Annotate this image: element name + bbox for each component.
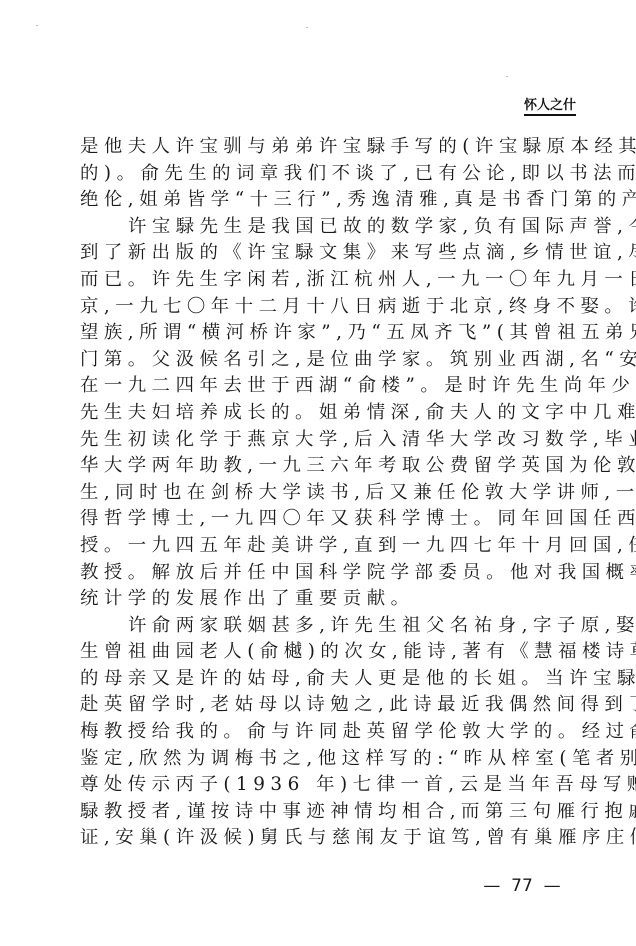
text-line: 而已。许先生字闲若,浙江杭州人,一九一〇年九月一日生于北 xyxy=(80,267,586,294)
scan-speck xyxy=(306,27,308,28)
text-line: 教授。解放后并任中国科学院学部委员。他对我国概率论和数理 xyxy=(80,560,586,587)
text-line: 鉴定,欣然为调梅书之,他这样写的:“昨从梓室(笔者别号)兄得读 xyxy=(80,746,586,773)
text-line: 尊处传示丙子(1936 年)七律一首,云是当年吾母写赠我表弟许宝 xyxy=(80,772,586,799)
scan-speck xyxy=(506,76,508,77)
body-text: 是他夫人许宝驯与弟弟许宝騄手写的(许宝騄原本经其姐重摹 的)。俞先生的词章我们不… xyxy=(80,134,586,852)
text-line: 騄教授者,谨按诗中事迹神情均相合,而第三句雁行抱戚尤为明 xyxy=(80,799,586,826)
text-line: 华大学两年助教,一九三六年考取公费留学英国为伦敦大学研究 xyxy=(80,453,586,480)
text-line: 的母亲又是许的姑母,俞夫人更是他的长姐。当许宝騄先生出国 xyxy=(80,666,586,693)
paragraph-start-line: 许宝騄先生是我国已故的数学家,负有国际声誉,今天因为见 xyxy=(80,214,586,241)
text-line: 望族,所谓“横河桥许家”,乃“五凤齐飞”(其曾祖五弟兄皆登科)的 xyxy=(80,320,586,347)
text-line: 京,一九七〇年十二月十八日病逝于北京,终身不娶。许家是杭州 xyxy=(80,294,586,321)
text-line: 生曾祖曲园老人(俞樾)的次女,能诗,著有《慧福楼诗草》。俞先生 xyxy=(80,639,586,666)
text-line: 在一九二四年去世于西湖“俞楼”。是时许先生尚年少,由俞平伯 xyxy=(80,373,586,400)
text-line: 门第。父汲候名引之,是位曲学家。筑别业西湖,名“安巢”,不幸 xyxy=(80,347,586,374)
page-number: — 77 — xyxy=(482,876,562,896)
text-line: 授。一九四五年赴美讲学,直到一九四七年十月回国,任北京大学 xyxy=(80,533,586,560)
text-line: 是他夫人许宝驯与弟弟许宝騄手写的(许宝騄原本经其姐重摹 xyxy=(80,134,586,161)
text-line: 证,安巢(许汲候)舅氏与慈闱友于谊笃,曾有巢雁序庄偕隐之约, xyxy=(80,825,586,852)
running-header: 怀人之什 xyxy=(524,98,576,116)
text-line: 绝伦,姐弟皆学“十三行”,秀逸清雅,真是书香门第的产品。 xyxy=(80,187,586,214)
text-line: 得哲学博士,一九四〇年又获科学博士。同年回国任西南联大教 xyxy=(80,506,586,533)
text-line: 到了新出版的《许宝騄文集》来写些点滴,乡情世谊,尽我未死之责 xyxy=(80,240,586,267)
text-line: 生,同时也在剑桥大学读书,后又兼任伦敦大学讲师,一九三八年 xyxy=(80,480,586,507)
text-line: 先生初读化学于燕京大学,后入清华大学改习数学,毕业后当了清 xyxy=(80,427,586,454)
scan-speck xyxy=(36,25,38,26)
text-line: 赴英留学时,老姑母以诗勉之,此诗最近我偶然间得到了,是俞调 xyxy=(80,692,586,719)
text-line: 统计学的发展作出了重要贡献。 xyxy=(80,586,586,613)
text-line: 先生夫妇培养成长的。姐弟情深,俞夫人的文字中几难卒读。许 xyxy=(80,400,586,427)
text-line: 梅教授给我的。俞与许同赴英留学伦敦大学的。经过俞平伯先生 xyxy=(80,719,586,746)
text-line: 的)。俞先生的词章我们不谈了,已有公论,即以书法而言亦绝美 xyxy=(80,161,586,188)
paragraph-start-line: 许俞两家联姻甚多,许先生祖父名祐身,字子原,娶俞平伯先 xyxy=(80,613,586,640)
